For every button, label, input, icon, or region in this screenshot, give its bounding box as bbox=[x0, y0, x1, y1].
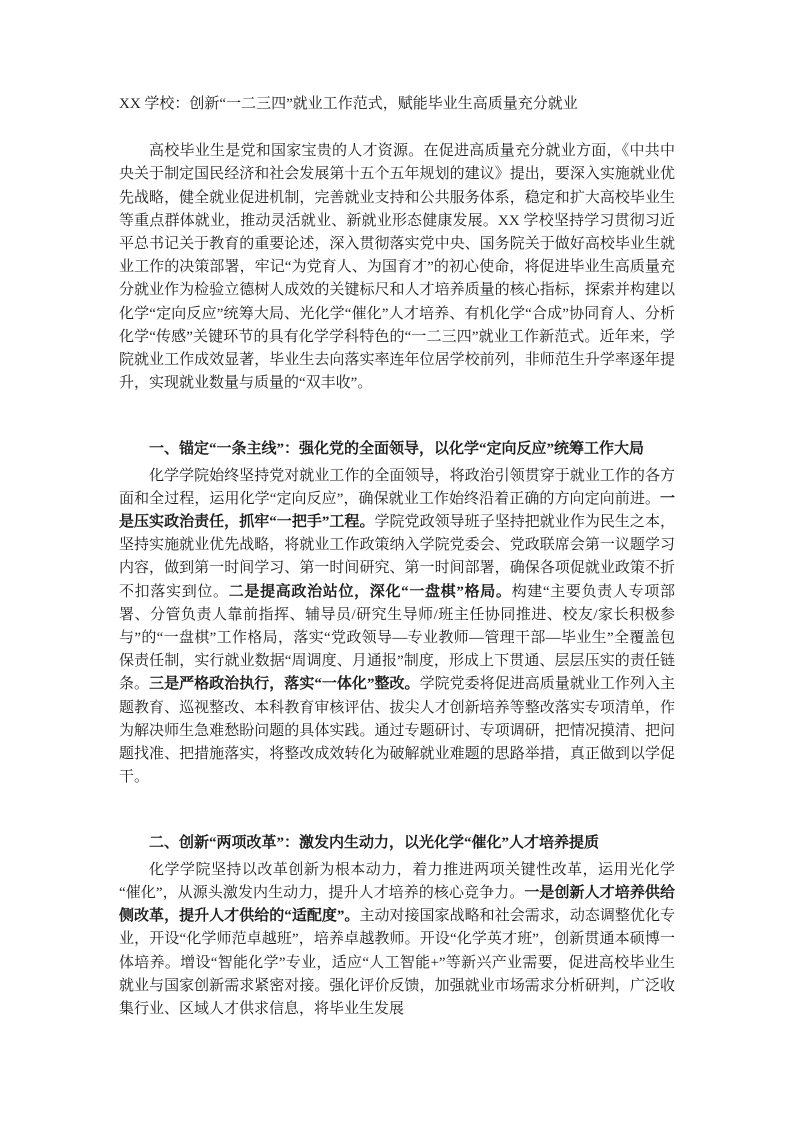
text-run: 学院党委将促进高质量就业工作列入主题教育、巡视整改、本科教育审核评估、拔尖人才创… bbox=[119, 676, 675, 785]
intro-paragraph: 高校毕业生是党和国家宝贵的人才资源。在促进高质量充分就业方面，《中共中央关于制定… bbox=[119, 140, 675, 395]
section1-paragraph: 化学学院始终坚持党对就业工作的全面领导，将政治引领贯穿于就业工作的各方面和全过程… bbox=[119, 465, 675, 790]
document-page: XX 学校：创新“一二三四”就业工作范式，赋能毕业生高质量充分就业 高校毕业生是… bbox=[0, 0, 793, 1122]
text-run-bold: 三是严格政治执行，落实“一体化”整改。 bbox=[149, 676, 420, 692]
section2-heading: 二、创新“两项改革”：激发内生动力，以光化学“催化”人才培养提质 bbox=[119, 832, 675, 855]
text-run: 高校毕业生是党和国家宝贵的人才资源。在促进高质量充分就业方面，《中共中央关于制定… bbox=[119, 143, 675, 391]
text-run: 主动对接国家战略和社会需求，动态调整优化专业，开设“化学师范卓越班”，培养卓越教… bbox=[119, 908, 675, 1017]
text-run-bold: 二是提高政治站位，深化“一盘棋”格局。 bbox=[229, 584, 512, 600]
section2-paragraph: 化学学院坚持以改革创新为根本动力，着力推进两项关键性改革，运用光化学“催化”，从… bbox=[119, 859, 675, 1021]
text-run: 化学学院始终坚持党对就业工作的全面领导，将政治引领贯穿于就业工作的各方面和全过程… bbox=[119, 468, 675, 507]
document-title: XX 学校：创新“一二三四”就业工作范式，赋能毕业生高质量充分就业 bbox=[119, 93, 675, 116]
section1-heading: 一、锚定“一条主线”：强化党的全面领导，以化学“定向反应”统筹工作大局 bbox=[119, 438, 675, 461]
